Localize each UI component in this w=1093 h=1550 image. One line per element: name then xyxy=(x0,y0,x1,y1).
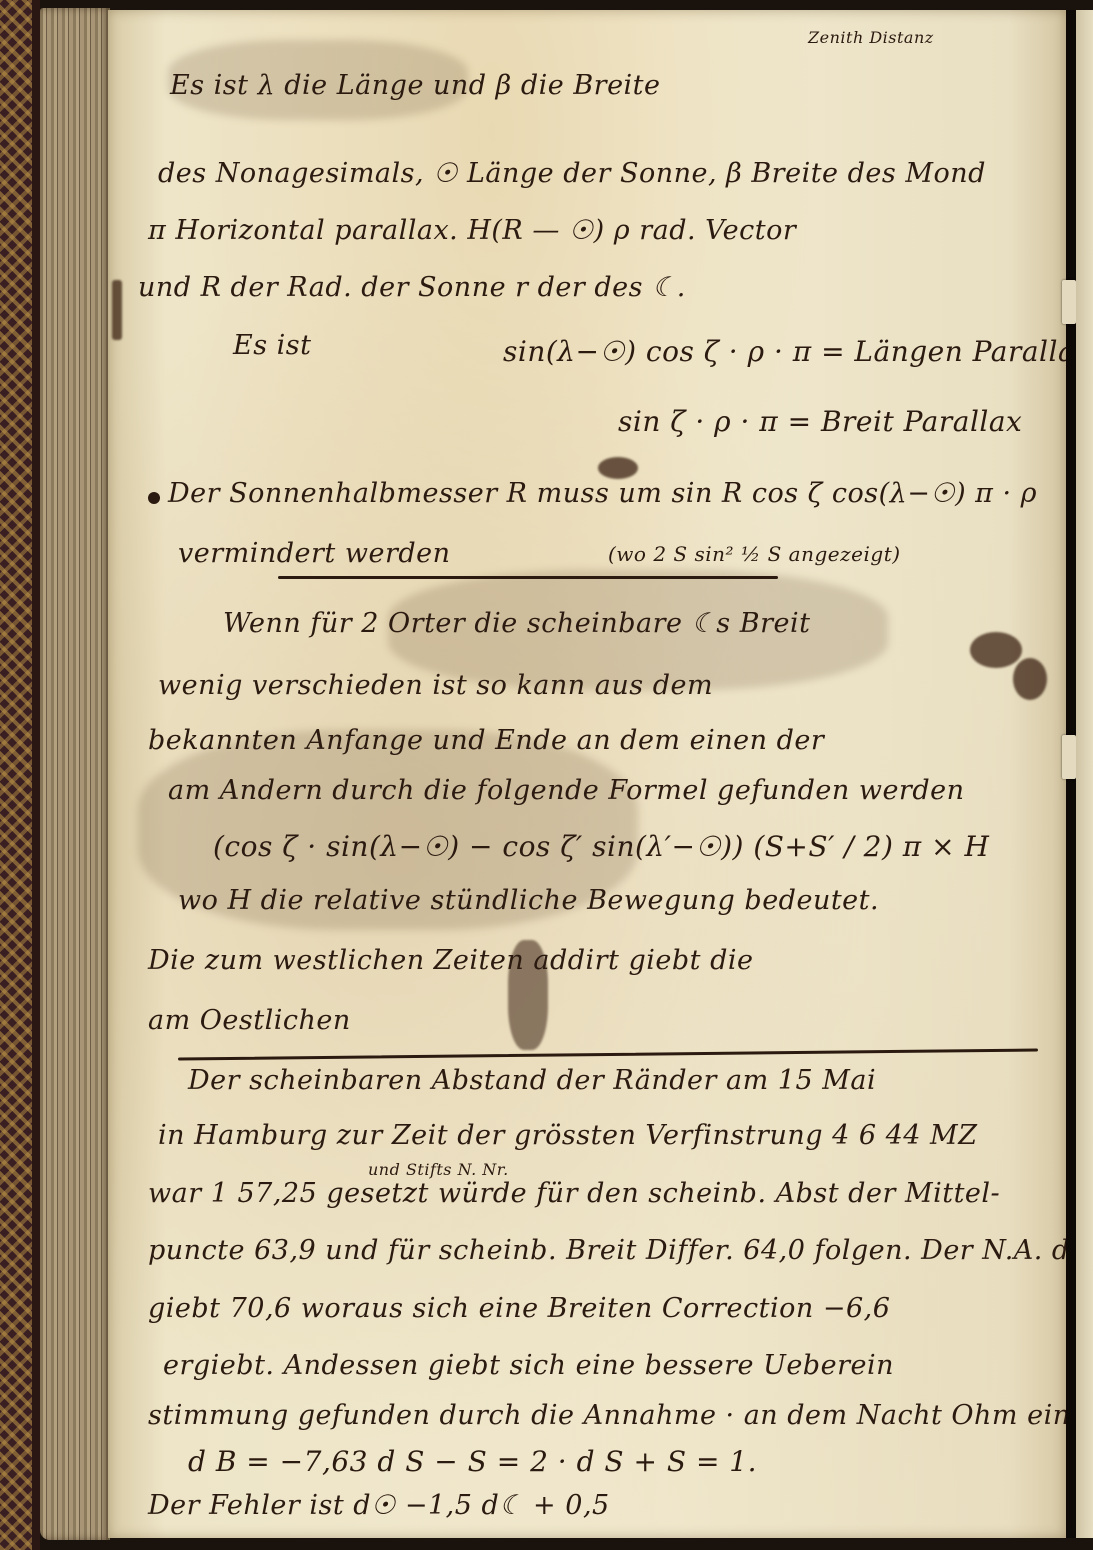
manuscript-page: Zenith Distanz Es ist λ die Länge und β … xyxy=(108,10,1066,1538)
divider-rule xyxy=(278,576,778,579)
manuscript-line: π Horizontal parallax. H(R — ☉) ρ rad. V… xyxy=(148,215,796,246)
manuscript-line: puncte 63,9 und für scheinb. Breit Diffe… xyxy=(148,1235,1093,1266)
manuscript-line: vermindert werden xyxy=(178,538,451,569)
manuscript-line: bekannten Anfange und Ende an dem einen … xyxy=(148,725,824,756)
manuscript-line: und R der Rad. der Sonne r der des ☾. xyxy=(138,272,686,303)
manuscript-line: am Andern durch die folgende Formel gefu… xyxy=(168,775,964,806)
manuscript-line: stimmung gefunden durch die Annahme · an… xyxy=(148,1400,1093,1431)
manuscript-line: giebt 70,6 woraus sich eine Breiten Corr… xyxy=(148,1293,890,1324)
formula-line: d B = −7,63 d S − S = 2 · d S + S = 1. xyxy=(188,1445,757,1478)
manuscript-line: Der Fehler ist d☉ −1,5 d☾ + 0,5 xyxy=(148,1490,610,1521)
manuscript-line: wo H die relative stündliche Bewegung be… xyxy=(178,885,879,916)
correction-above: Zenith Distanz xyxy=(808,28,934,47)
manuscript-line: Der scheinbaren Abstand der Ränder am 15… xyxy=(188,1065,876,1096)
parenthetical-note: (wo 2 S sin² ½ S angezeigt) xyxy=(608,542,901,566)
interlinear-note: und Stifts N. Nr. xyxy=(368,1160,509,1179)
manuscript-line: Wenn für 2 Orter die scheinbare ☾s Breit xyxy=(223,608,810,639)
formula-line: (cos ζ · sin(λ−☉) − cos ζ′ sin(λ′−☉)) (S… xyxy=(213,830,989,863)
divider-rule xyxy=(178,1048,1038,1060)
page-edges xyxy=(40,8,110,1540)
manuscript-line: ergiebt. Andessen giebt sich eine besser… xyxy=(163,1350,894,1381)
formula-line: sin ζ · ρ · π = Breit Parallax xyxy=(618,405,1022,438)
manuscript-line: des Nonagesimals, ☉ Länge der Sonne, β B… xyxy=(158,158,986,189)
manuscript-line: in Hamburg zur Zeit der grössten Verfins… xyxy=(158,1120,977,1151)
manuscript-line: war 1 57,25 gesetzt würde für den schein… xyxy=(148,1178,1000,1209)
manuscript-line: Die zum westlichen Zeiten addirt giebt d… xyxy=(148,945,754,976)
bullet-dot xyxy=(148,492,160,504)
manuscript-line: am Oestlichen xyxy=(148,1005,351,1036)
manuscript-line: Es ist xyxy=(233,330,312,361)
binding-tab xyxy=(1062,280,1076,324)
ink-blot xyxy=(598,457,638,479)
manuscript-line: wenig verschieden ist so kann aus dem xyxy=(158,670,713,701)
ink-blot xyxy=(1013,658,1047,700)
formula-line: sin(λ−☉) cos ζ · ρ · π = Längen Parallax… xyxy=(503,335,1093,368)
ink-blot xyxy=(970,632,1022,668)
binding-tab xyxy=(1062,735,1076,779)
facing-page-edge xyxy=(1076,10,1093,1538)
manuscript-line: Es ist λ die Länge und β die Breite xyxy=(170,70,661,101)
manuscript-line: Der Sonnenhalbmesser R muss um sin R cos… xyxy=(168,478,1037,509)
ink-smudge xyxy=(112,280,122,340)
book-cover-edge xyxy=(0,0,40,1550)
